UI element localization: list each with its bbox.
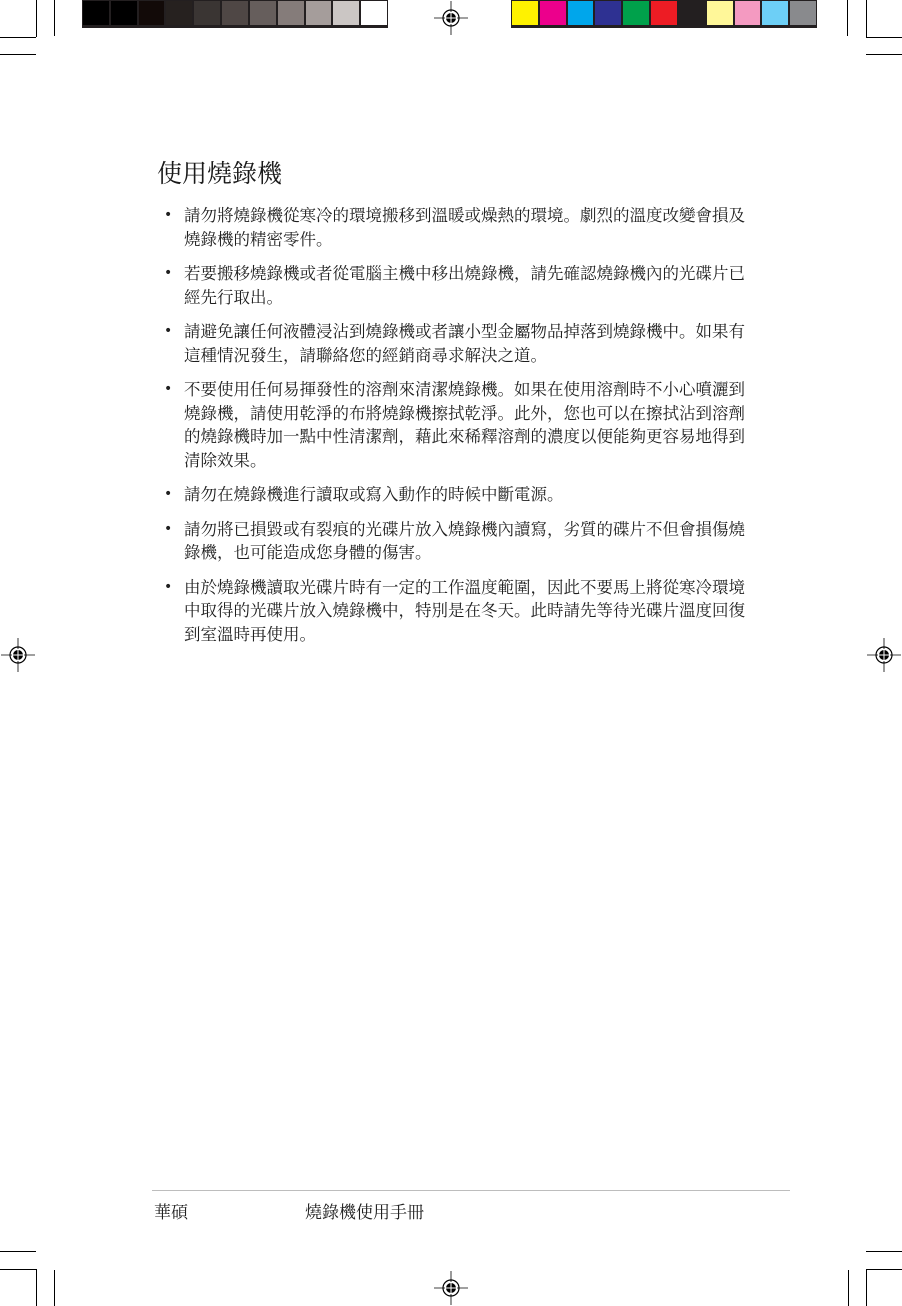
registration-mark-icon [1, 638, 35, 672]
crop-mark-bottom-right-v2 [866, 1269, 867, 1306]
magenta-swatch [540, 1, 566, 25]
green-swatch [623, 1, 649, 25]
bullet-icon: • [164, 204, 172, 228]
crop-mark-bottom-right-v1 [848, 1270, 849, 1306]
gray-swatch [306, 1, 332, 25]
gray-swatch [166, 1, 192, 25]
gray-swatch [333, 1, 359, 25]
registration-mark-icon [434, 1, 468, 35]
list-item-text: 請勿將燒錄機從寒冷的環境搬移到溫暖或燥熱的環境。劇烈的溫度改變會損及燒錄機的精密… [184, 206, 745, 249]
list-item: • 請勿將燒錄機從寒冷的環境搬移到溫暖或燥熱的環境。劇烈的溫度改變會損及燒錄機的… [160, 204, 756, 251]
footer-brand: 華碩 [154, 1198, 188, 1223]
crop-mark-bottom-left-h [0, 1269, 36, 1270]
list-item-text: 請勿在燒錄機進行讀取或寫入動作的時候中斷電源。 [184, 485, 564, 504]
list-item-text: 由於燒錄機讀取光碟片時有一定的工作溫度範圍，因此不要馬上將從寒冷環境中取得的光碟… [184, 578, 745, 644]
process-color-bar [511, 0, 817, 28]
crop-mark-top-right-v1 [847, 0, 848, 36]
gray-swatch [278, 1, 304, 25]
crop-mark-bottom-left-v1 [36, 1269, 37, 1306]
crop-mark-top-left-v1 [36, 0, 37, 37]
light-cyan-swatch [762, 1, 788, 25]
gray-swatch [250, 1, 276, 25]
bullet-icon: • [164, 576, 172, 600]
registration-mark-icon [434, 1271, 468, 1305]
section-title: 使用燒錄機 [157, 154, 282, 190]
bullet-icon: • [164, 483, 172, 507]
list-item: • 請勿將已損毀或有裂痕的光碟片放入燒錄機內讀寫，劣質的碟片不但會損傷燒錄機，也… [160, 518, 756, 565]
bullet-icon: • [164, 262, 172, 286]
crop-mark-top-right-h2 [866, 54, 902, 55]
gray-swatch [361, 1, 387, 25]
light-yellow-swatch [707, 1, 733, 25]
gray-swatch [222, 1, 248, 25]
list-item-text: 若要搬移燒錄機或者從電腦主機中移出燒錄機，請先確認燒錄機內的光碟片已經先行取出。 [184, 264, 745, 307]
footer-manual-title: 燒錄機使用手冊 [305, 1198, 424, 1223]
gray-swatch [139, 1, 165, 25]
grayscale-color-bar [82, 0, 388, 28]
crop-mark-bottom-left-v2 [54, 1270, 55, 1306]
gray-swatch [790, 1, 816, 25]
pink-swatch [735, 1, 761, 25]
crop-mark-bottom-left-h2 [0, 1251, 36, 1252]
list-item-text: 請避免讓任何液體浸沾到燒錄機或者讓小型金屬物品掉落到燒錄機中。如果有這種情況發生… [184, 322, 745, 365]
bullet-icon: • [164, 378, 172, 402]
list-item-text: 不要使用任何易揮發性的溶劑來清潔燒錄機。如果在使用溶劑時不小心噴灑到燒錄機，請使… [184, 380, 745, 470]
list-item: • 請勿在燒錄機進行讀取或寫入動作的時候中斷電源。 [160, 483, 756, 507]
footer-divider [152, 1190, 790, 1191]
bullet-icon: • [164, 518, 172, 542]
crop-mark-bottom-right-h2 [866, 1251, 902, 1252]
precautions-list: • 請勿將燒錄機從寒冷的環境搬移到溫暖或燥熱的環境。劇烈的溫度改變會損及燒錄機的… [160, 204, 756, 657]
crop-mark-top-right-h [866, 37, 902, 38]
crop-mark-top-left-h [0, 37, 36, 38]
bullet-icon: • [164, 320, 172, 344]
red-swatch [651, 1, 677, 25]
list-item: • 請避免讓任何液體浸沾到燒錄機或者讓小型金屬物品掉落到燒錄機中。如果有這種情況… [160, 320, 756, 367]
list-item-text: 請勿將已損毀或有裂痕的光碟片放入燒錄機內讀寫，劣質的碟片不但會損傷燒錄機，也可能… [184, 520, 745, 563]
crop-mark-top-left-h2 [0, 54, 36, 55]
gray-swatch [83, 1, 109, 25]
yellow-swatch [512, 1, 538, 25]
black-swatch [679, 1, 705, 25]
crop-mark-top-left-v2 [54, 0, 55, 36]
gray-swatch [111, 1, 137, 25]
crop-mark-top-right-v2 [866, 0, 867, 37]
crop-mark-bottom-right-h [866, 1269, 902, 1270]
cyan-swatch [568, 1, 594, 25]
blue-swatch [595, 1, 621, 25]
gray-swatch [194, 1, 220, 25]
list-item: • 若要搬移燒錄機或者從電腦主機中移出燒錄機，請先確認燒錄機內的光碟片已經先行取… [160, 262, 756, 309]
list-item: • 由於燒錄機讀取光碟片時有一定的工作溫度範圍，因此不要馬上將從寒冷環境中取得的… [160, 576, 756, 647]
registration-mark-icon [867, 638, 901, 672]
list-item: • 不要使用任何易揮發性的溶劑來清潔燒錄機。如果在使用溶劑時不小心噴灑到燒錄機，… [160, 378, 756, 472]
